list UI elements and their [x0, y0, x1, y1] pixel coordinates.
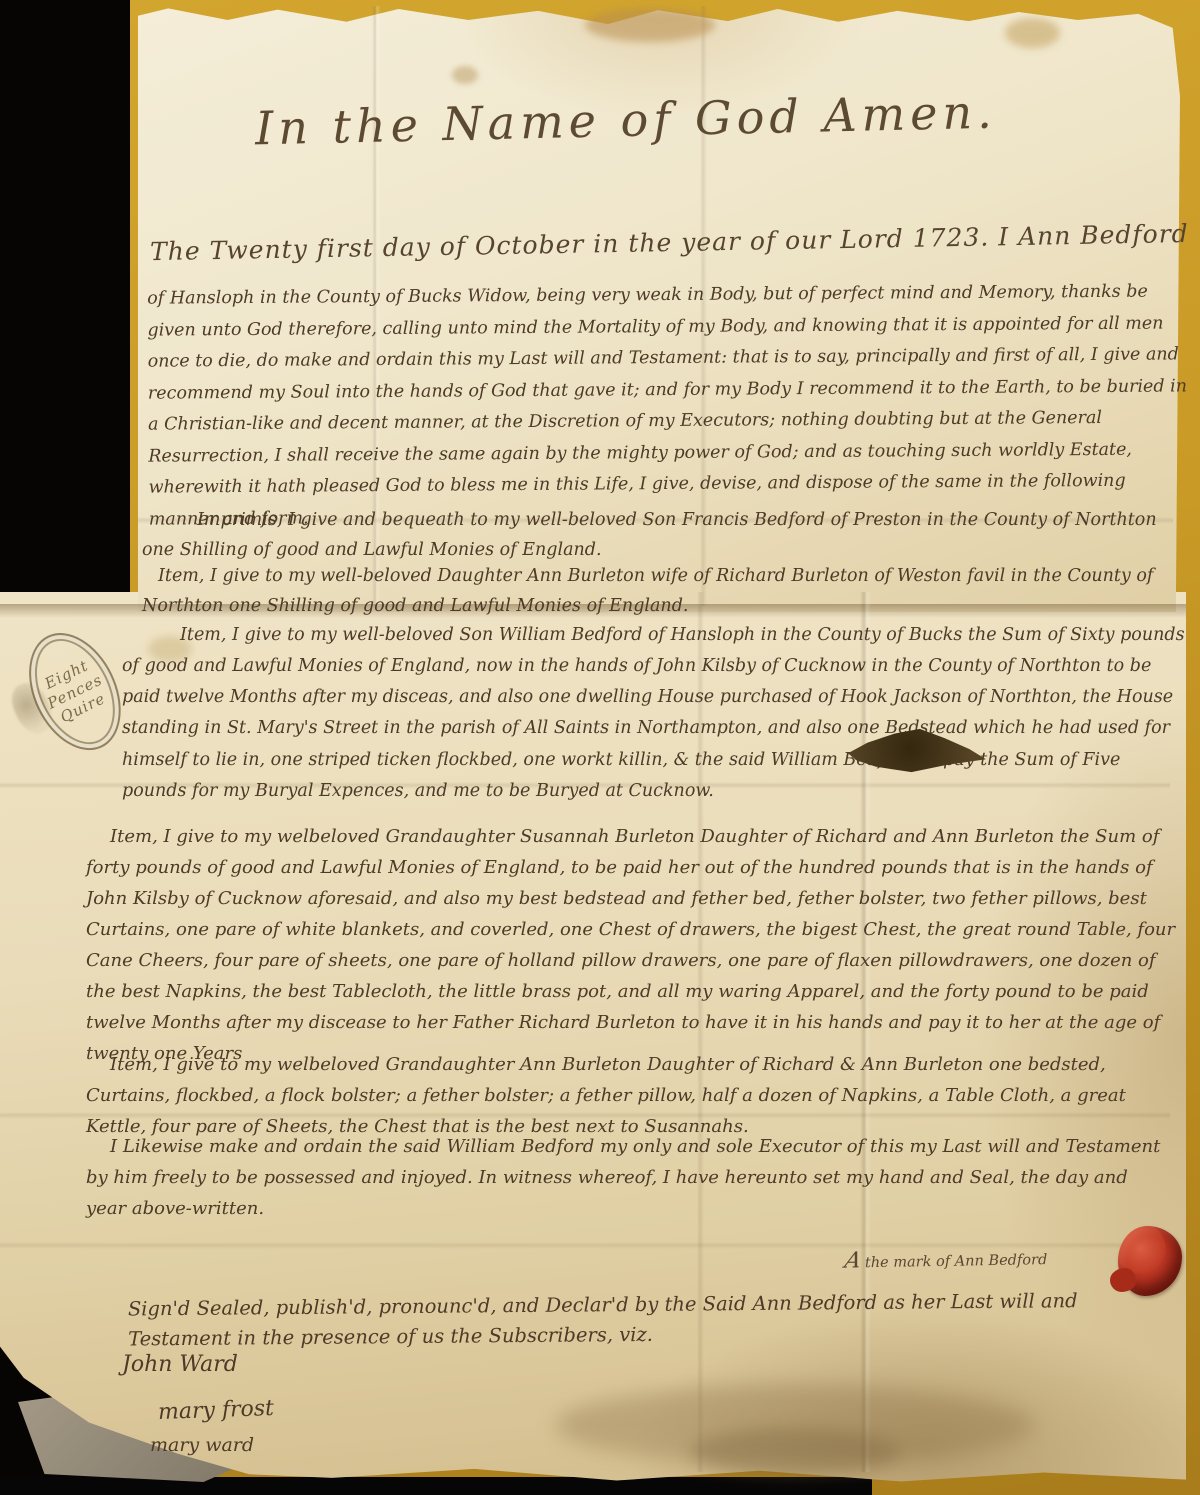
black-background-bottom — [0, 1477, 872, 1495]
photograph-of-will: In the Name of God Amen. The Twenty firs… — [0, 0, 1200, 1495]
witness-signature-john-ward: John Ward — [122, 1352, 238, 1377]
paragraph-executor-clause: I Likewise make and ordain the said Will… — [86, 1132, 1171, 1225]
paragraph-imprimis-son-francis: Imprimis, I give and bequeath to my well… — [142, 506, 1187, 566]
paragraph-item-son-william: Item, I give to my well-beloved Son Will… — [122, 620, 1185, 807]
attestation-clause: Sign'd Sealed, publish'd, pronounc'd, an… — [128, 1286, 1148, 1355]
paragraph-item-grandaughter-ann: Item, I give to my welbeloved Grandaught… — [86, 1050, 1186, 1143]
paragraph-item-grandaughter-susannah: Item, I give to my welbeloved Grandaught… — [86, 822, 1188, 1070]
testator-mark-glyph: A — [843, 1248, 864, 1273]
paragraph-item-daughter-ann: Item, I give to my well-beloved Daughter… — [142, 562, 1187, 622]
witness-signature-mary-ward: mary ward — [150, 1434, 254, 1456]
opening-paragraph: of Hansloph in the County of Bucks Widow… — [147, 276, 1191, 535]
testator-mark-caption: the mark of Ann Bedford — [865, 1252, 1048, 1271]
testator-mark-line: Athe mark of Ann Bedford — [845, 1243, 1145, 1273]
witness-signature-mary-frost: mary frost — [158, 1396, 275, 1425]
